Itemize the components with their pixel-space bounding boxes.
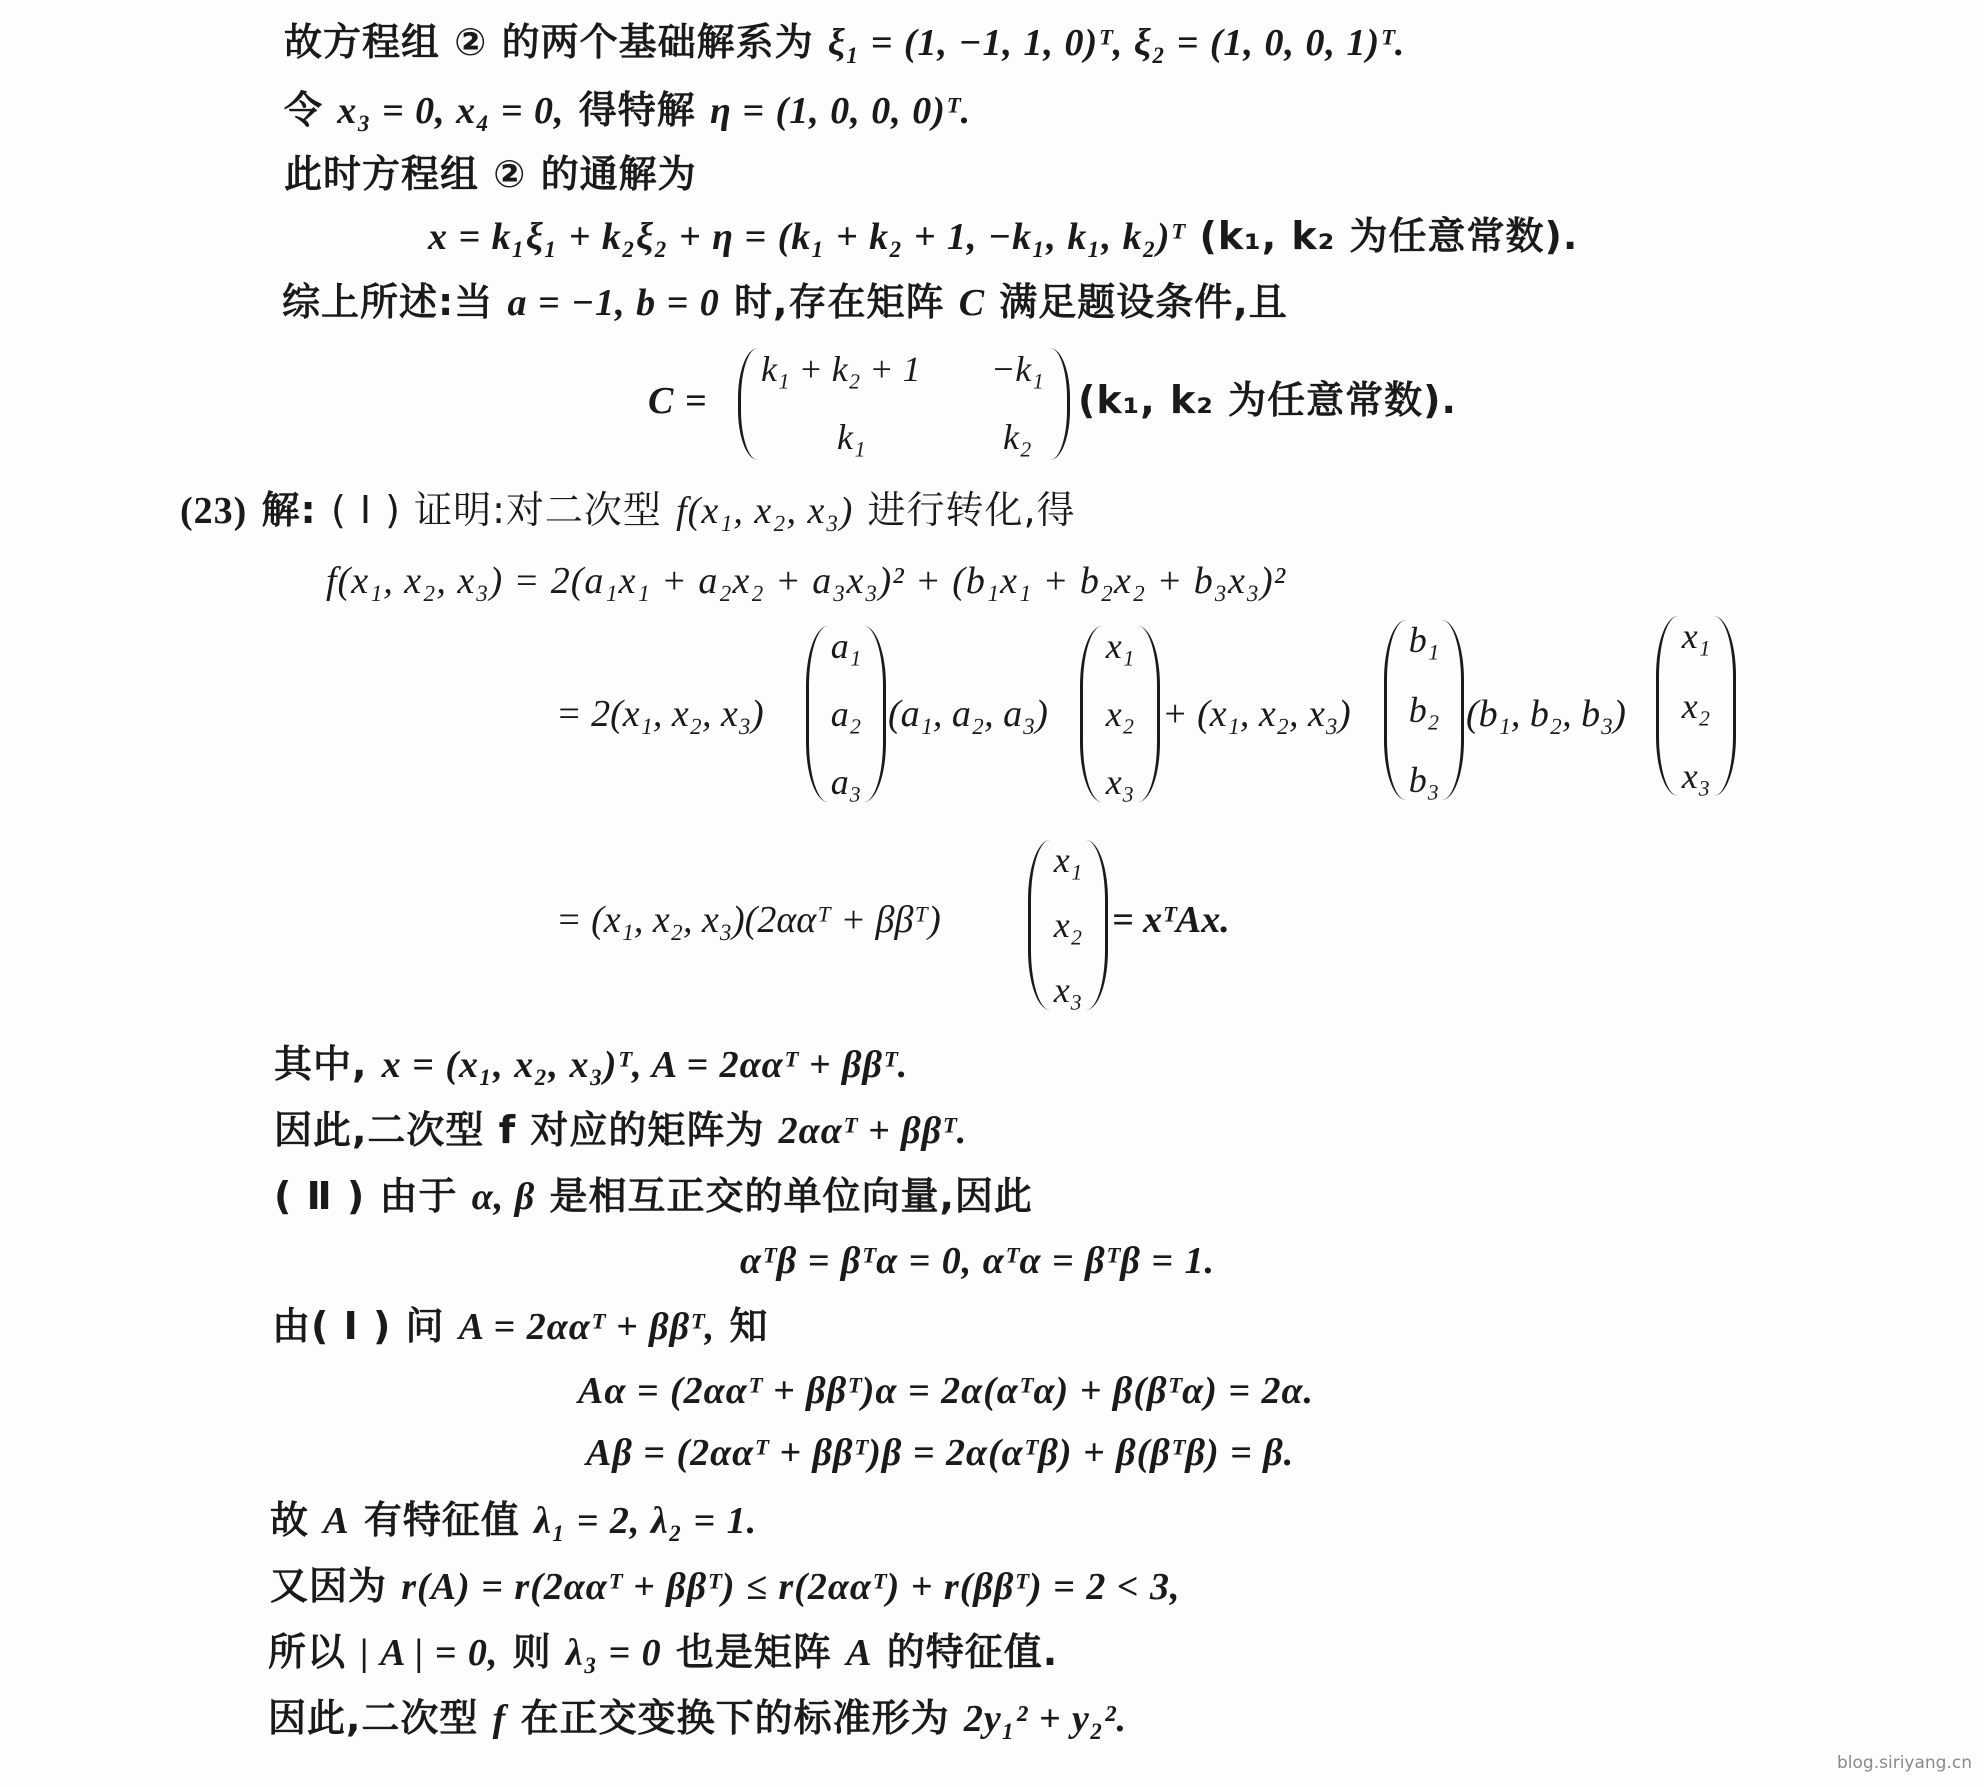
vec-entry: b₃ <box>1409 762 1440 798</box>
math: | A | = 0, <box>360 1632 498 1674</box>
vector-x-1: x₁ x₂ x₃ <box>1080 626 1160 802</box>
math-f: f(x₁, x₂, x₃) <box>676 490 853 532</box>
math: αᵀβ = βᵀα = 0, αᵀα = βᵀβ = 1. <box>740 1240 1215 1282</box>
text: 知 <box>730 1304 769 1348</box>
line-orthonormal: αᵀβ = βᵀα = 0, αᵀα = βᵀβ = 1. <box>740 1236 1215 1285</box>
line-general-solution: x = k₁ξ₁ + k₂ξ₂ + η = (k₁ + k₂ + 1, −k₁,… <box>428 212 1578 261</box>
text: 又因为 <box>270 1564 387 1608</box>
matrix-C: k₁ + k₂ + 1 −k₁ k₁ k₂ <box>738 348 1070 460</box>
text: (k₁, k₂ 为任意常数). <box>1078 378 1457 422</box>
math: x = (x₁, x₂, x₃)ᵀ, A = 2ααᵀ + ββᵀ. <box>382 1044 909 1086</box>
eq-2x-row: = 2(x₁, x₂, x₃) <box>556 690 764 738</box>
math: λ₃ = 0 <box>566 1632 662 1674</box>
math: r(A) = r(2ααᵀ + ββᵀ) ≤ r(2ααᵀ) + r(ββᵀ) … <box>401 1566 1180 1608</box>
row-b: (b₁, b₂, b₃) <box>1466 690 1626 738</box>
text: 时,存在矩阵 <box>734 280 944 324</box>
text: 是相互正交的单位向量,因此 <box>549 1174 1032 1218</box>
text: 也是矩阵 <box>676 1630 832 1674</box>
matrix-cell: k₂ <box>1003 416 1032 458</box>
text: ( Ⅰ ) 证明:对二次型 <box>331 488 662 532</box>
line-A-beta: Aβ = (2ααᵀ + ββᵀ)β = 2α(αᵀβ) + β(βᵀβ) = … <box>586 1428 1294 1477</box>
text: 此时方程组 ② 的通解为 <box>284 152 697 196</box>
text: 综上所述:当 <box>282 280 493 324</box>
matrix-cell: k₁ <box>837 416 866 458</box>
vec-entry: b₂ <box>1409 692 1440 728</box>
watermark: blog.siriyang.cn <box>1837 1753 1972 1773</box>
row-a: (a₁, a₂, a₃) <box>888 690 1048 738</box>
problem-number: (23) <box>180 490 247 532</box>
text: 故方程组 ② 的两个基础解系为 <box>284 20 814 64</box>
math: Aα = (2ααᵀ + ββᵀ)α = 2α(αᵀα) + β(βᵀα) = … <box>578 1370 1314 1412</box>
line-part-II: ( Ⅱ ) 由于 α, β 是相互正交的单位向量,因此 <box>274 1172 1033 1221</box>
text: 因此,二次型 f 对应的矩阵为 <box>274 1108 764 1152</box>
math-f-expansion: f(x₁, x₂, x₃) = 2(a₁x₁ + a₂x₂ + a₃x₃)² +… <box>326 560 1286 602</box>
plus-x-row: + (x₁, x₂, x₃) <box>1162 690 1351 738</box>
text: 满足题设条件,且 <box>999 280 1287 324</box>
line-from-I: 由( Ⅰ ) 问 A = 2ααᵀ + ββᵀ, 知 <box>272 1302 769 1351</box>
math: = (x₁, x₂, x₃)(2ααᵀ + ββᵀ) <box>556 899 941 941</box>
text: 因此,二次型 <box>268 1696 478 1740</box>
scanned-page: 故方程组 ② 的两个基础解系为 ξ₁ = (1, −1, 1, 0)ᵀ, ξ₂ … <box>0 0 1984 1787</box>
math: A <box>846 1632 872 1674</box>
text: 令 <box>284 88 323 132</box>
vec-entry: x₂ <box>1054 907 1083 943</box>
math: A <box>323 1500 349 1542</box>
text: 在正交变换下的标准形为 <box>521 1696 950 1740</box>
text: 的特征值. <box>887 1630 1058 1674</box>
vec-entry: x₃ <box>1682 758 1711 794</box>
math: λ₁ = 2, λ₂ = 1. <box>534 1500 757 1542</box>
vec-entry: x₃ <box>1054 972 1083 1008</box>
vec-entry: a₂ <box>831 696 862 732</box>
vector-x-2: x₁ x₂ x₃ <box>1656 616 1736 796</box>
math: (b₁, b₂, b₃) <box>1466 693 1626 735</box>
math: = xᵀAx. <box>1112 899 1230 941</box>
line-basis-solutions: 故方程组 ② 的两个基础解系为 ξ₁ = (1, −1, 1, 0)ᵀ, ξ₂ … <box>284 18 1405 67</box>
vec-entry: x₃ <box>1106 764 1135 800</box>
matrix-cell: k₁ + k₂ + 1 <box>761 348 921 390</box>
math-C-equals: C = <box>648 380 708 422</box>
math: 2ααᵀ + ββᵀ. <box>779 1110 968 1152</box>
math: + (x₁, x₂, x₃) <box>1162 693 1351 735</box>
line-eigenvalues: 故 A 有特征值 λ₁ = 2, λ₂ = 1. <box>270 1496 757 1545</box>
vec-entry: a₁ <box>831 628 862 664</box>
line-problem-23: (23) 解: ( Ⅰ ) 证明:对二次型 f(x₁, x₂, x₃) 进行转化… <box>180 486 1076 535</box>
line-general-solution-intro: 此时方程组 ② 的通解为 <box>284 150 697 198</box>
line-rank: 又因为 r(A) = r(2ααᵀ + ββᵀ) ≤ r(2ααᵀ) + r(β… <box>270 1562 1180 1611</box>
math: α, β <box>472 1176 536 1218</box>
text: (k₁, k₂ 为任意常数). <box>1199 214 1578 258</box>
vector-x-3: x₁ x₂ x₃ <box>1028 840 1108 1010</box>
vec-entry: x₁ <box>1054 842 1083 878</box>
math: f <box>493 1698 507 1740</box>
text: 进行转化,得 <box>867 488 1075 532</box>
eq-xTAx: = xᵀAx. <box>1112 896 1230 944</box>
line-f-expansion: f(x₁, x₂, x₃) = 2(a₁x₁ + a₂x₂ + a₃x₃)² +… <box>326 556 1286 605</box>
math-C: C <box>959 282 985 324</box>
matrix-C-lhs: C = <box>648 376 708 425</box>
text: 所以 <box>268 1630 346 1674</box>
vec-entry: x₁ <box>1106 628 1135 664</box>
line-summary: 综上所述:当 a = −1, b = 0 时,存在矩阵 C 满足题设条件,且 <box>282 278 1288 327</box>
text: ( Ⅱ ) 由于 <box>274 1174 457 1218</box>
text: 由( Ⅰ ) 问 <box>272 1304 445 1348</box>
vec-entry: x₂ <box>1106 696 1135 732</box>
math: 2y₁² + y₂². <box>964 1698 1127 1740</box>
vec-entry: x₁ <box>1682 618 1711 654</box>
math: = 2(x₁, x₂, x₃) <box>556 693 764 735</box>
math: Aβ = (2ααᵀ + ββᵀ)β = 2α(αᵀβ) + β(βᵀβ) = … <box>586 1432 1294 1474</box>
math-x3-x4: x₃ = 0, x₄ = 0, <box>337 90 564 132</box>
text: 有特征值 <box>364 1498 520 1542</box>
line-A-alpha: Aα = (2ααᵀ + ββᵀ)α = 2α(αᵀα) + β(βᵀα) = … <box>578 1366 1314 1415</box>
matrix-C-note: (k₁, k₂ 为任意常数). <box>1078 376 1457 424</box>
vec-entry: a₃ <box>831 764 862 800</box>
math: A = 2ααᵀ + ββᵀ, <box>459 1306 716 1348</box>
line-where: 其中, x = (x₁, x₂, x₃)ᵀ, A = 2ααᵀ + ββᵀ. <box>274 1040 908 1089</box>
solution-label: 解: <box>262 488 317 532</box>
math: (a₁, a₂, a₃) <box>888 693 1048 735</box>
text: 故 <box>270 1498 309 1542</box>
vec-entry: b₁ <box>1409 622 1440 658</box>
math-basis: ξ₁ = (1, −1, 1, 0)ᵀ, ξ₂ = (1, 0, 0, 1)ᵀ. <box>828 22 1406 64</box>
line-determinant: 所以 | A | = 0, 则 λ₃ = 0 也是矩阵 A 的特征值. <box>268 1628 1058 1677</box>
vec-entry: x₂ <box>1682 688 1711 724</box>
line-particular-solution: 令 x₃ = 0, x₄ = 0, 得特解 η = (1, 0, 0, 0)ᵀ. <box>284 86 971 135</box>
vector-a: a₁ a₂ a₃ <box>806 626 886 802</box>
matrix-cell: −k₁ <box>991 348 1044 390</box>
line-matrix-of-f: 因此,二次型 f 对应的矩阵为 2ααᵀ + ββᵀ. <box>274 1106 967 1155</box>
eq-quadratic-form: = (x₁, x₂, x₃)(2ααᵀ + ββᵀ) <box>556 896 941 944</box>
math-eta: η = (1, 0, 0, 0)ᵀ. <box>710 90 971 132</box>
text: 则 <box>513 1630 552 1674</box>
math-a-b: a = −1, b = 0 <box>507 282 719 324</box>
text: 得特解 <box>579 88 696 132</box>
text: 其中, <box>274 1042 367 1086</box>
math-general-solution: x = k₁ξ₁ + k₂ξ₂ + η = (k₁ + k₂ + 1, −k₁,… <box>428 216 1185 258</box>
vector-b: b₁ b₂ b₃ <box>1384 620 1464 800</box>
line-standard-form: 因此,二次型 f 在正交变换下的标准形为 2y₁² + y₂². <box>268 1694 1127 1743</box>
